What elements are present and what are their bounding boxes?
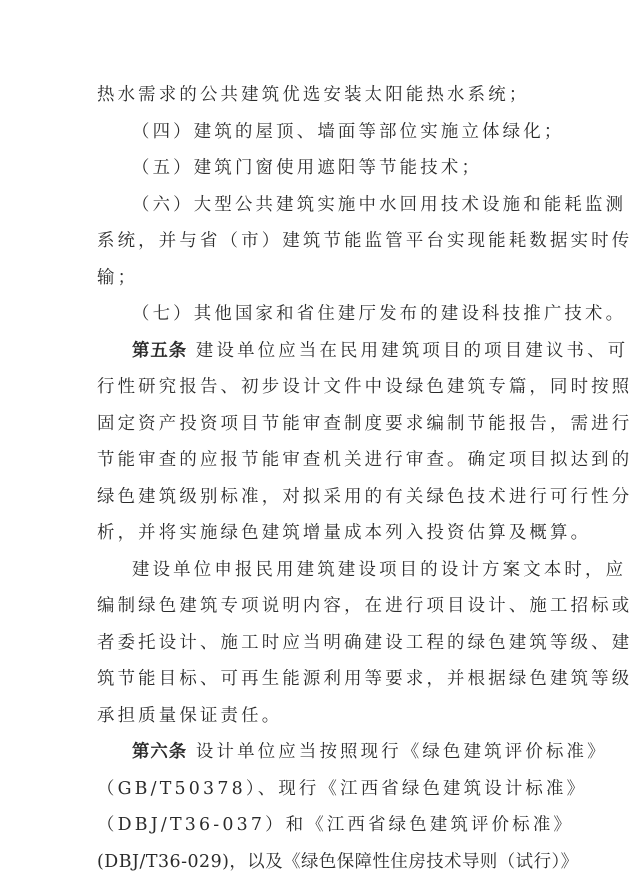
text-line: （GB/T50378）、现行《江西省绿色建筑设计标准》 — [97, 771, 539, 808]
text-line: （DBJ/T36-037）和《江西省绿色建筑评价标准》 — [97, 807, 539, 844]
text-line: 固定资产投资项目节能审查制度要求编制节能报告，需进行 — [97, 406, 539, 443]
text-line: 热水需求的公共建筑优选安装太阳能热水系统； — [97, 77, 539, 114]
text-line: 者委托设计、施工时应当明确建设工程的绿色建筑等级、建 — [97, 625, 539, 662]
text-line: 筑节能目标、可再生能源利用等要求，并根据绿色建筑等级 — [97, 661, 539, 698]
article-5-first-line: 第五条 建设单位应当在民用建筑项目的项目建议书、可 — [97, 333, 539, 370]
document-page: 热水需求的公共建筑优选安装太阳能热水系统； （四）建筑的屋顶、墙面等部位实施立体… — [97, 77, 539, 880]
text-line: 建设单位申报民用建筑建设项目的设计方案文本时，应 — [97, 552, 539, 589]
article-heading: 第五条 — [132, 341, 187, 361]
article-heading: 第六条 — [132, 742, 187, 762]
text-line: 编制绿色建筑专项说明内容，在进行项目设计、施工招标或 — [97, 588, 539, 625]
text-span: 设计单位应当按照现行《绿色建筑评价标准》 — [187, 742, 608, 762]
text-line: 系统，并与省（市）建筑节能监管平台实现能耗数据实时传 — [97, 223, 539, 260]
text-line: 绿色建筑级别标准，对拟采用的有关绿色技术进行可行性分 — [97, 479, 539, 516]
text-line: 节能审查的应报节能审查机关进行审查。确定项目拟达到的 — [97, 442, 539, 479]
text-line: 析，并将实施绿色建筑增量成本列入投资估算及概算。 — [97, 515, 539, 552]
text-line: （四）建筑的屋顶、墙面等部位实施立体绿化； — [97, 114, 539, 151]
text-line: 行性研究报告、初步设计文件中设绿色建筑专篇，同时按照 — [97, 369, 539, 406]
text-line: （七）其他国家和省住建厅发布的建设科技推广技术。 — [97, 296, 539, 333]
article-6-first-line: 第六条 设计单位应当按照现行《绿色建筑评价标准》 — [97, 734, 539, 771]
text-line: 承担质量保证责任。 — [97, 698, 539, 735]
text-line: 输； — [97, 260, 539, 297]
text-line: （六）大型公共建筑实施中水回用技术设施和能耗监测 — [97, 187, 539, 224]
text-span: 建设单位应当在民用建筑项目的项目建议书、可 — [187, 341, 628, 361]
text-line: （五）建筑门窗使用遮阳等节能技术； — [97, 150, 539, 187]
text-line: (DBJ/T36-029)，以及《绿色保障性住房技术导则（试行）》 — [97, 844, 539, 881]
